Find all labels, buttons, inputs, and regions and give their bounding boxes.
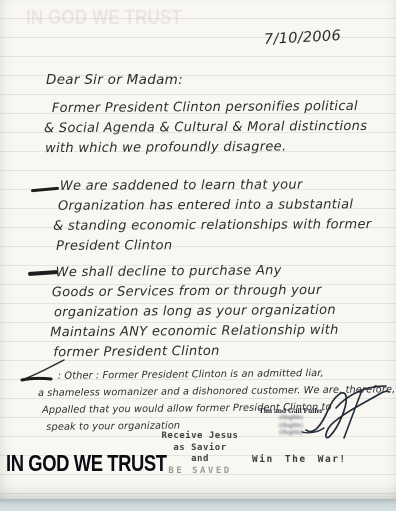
scanner-bed-strip (0, 499, 396, 511)
salutation: Dear Sir or Madam: (46, 72, 183, 88)
paragraph-1: Former President Clinton personifies pol… (52, 97, 368, 159)
handwritten-line: We shall decline to purchase Any (56, 261, 339, 283)
handwritten-line: former President Clinton (53, 341, 339, 363)
handwritten-line: Maintains ANY economic Relationship with (50, 321, 339, 344)
scanned-letter-page: IN GOD WE TRUST 7/10/2006 Dear Sir or Ma… (0, 0, 396, 511)
handwritten-line: Organization has entered into a substant… (58, 195, 371, 217)
paragraph-3: We shall decline to purchase Any Goods o… (56, 261, 339, 363)
receive-jesus-line: Receive Jesus (150, 431, 250, 443)
receive-jesus-line: and (150, 454, 250, 466)
handwritten-line: We are saddened to learn that your (60, 175, 371, 197)
handwritten-line: with which we profoundly disagree. (45, 137, 367, 159)
handwritten-line: Goods or Services from or through your (52, 281, 339, 303)
receive-jesus-line: BE SAVED (150, 466, 250, 478)
bleedthrough-ghost-text: IN GOD WE TRUST (26, 6, 182, 30)
handwritten-line: & Social Agenda & Cultural & Moral disti… (44, 117, 367, 139)
receive-jesus-stamp: Receive Jesus as Savior and BE SAVED (150, 431, 250, 477)
paragraph-2: We are saddened to learn that your Organ… (60, 175, 372, 257)
win-the-war-stamp: Win The War! (252, 454, 347, 465)
handwritten-line: Former President Clinton personifies pol… (52, 97, 367, 119)
in-god-we-trust-stamp: IN GOD WE TRUST (6, 450, 167, 477)
receive-jesus-line: as Savior (150, 443, 250, 455)
handwritten-line: & standing economic relationships with f… (53, 215, 371, 237)
handwritten-line: President Clinton (56, 235, 371, 257)
handwritten-line: organization as long as your organizatio… (54, 301, 339, 323)
signature-scrawl (300, 380, 392, 446)
